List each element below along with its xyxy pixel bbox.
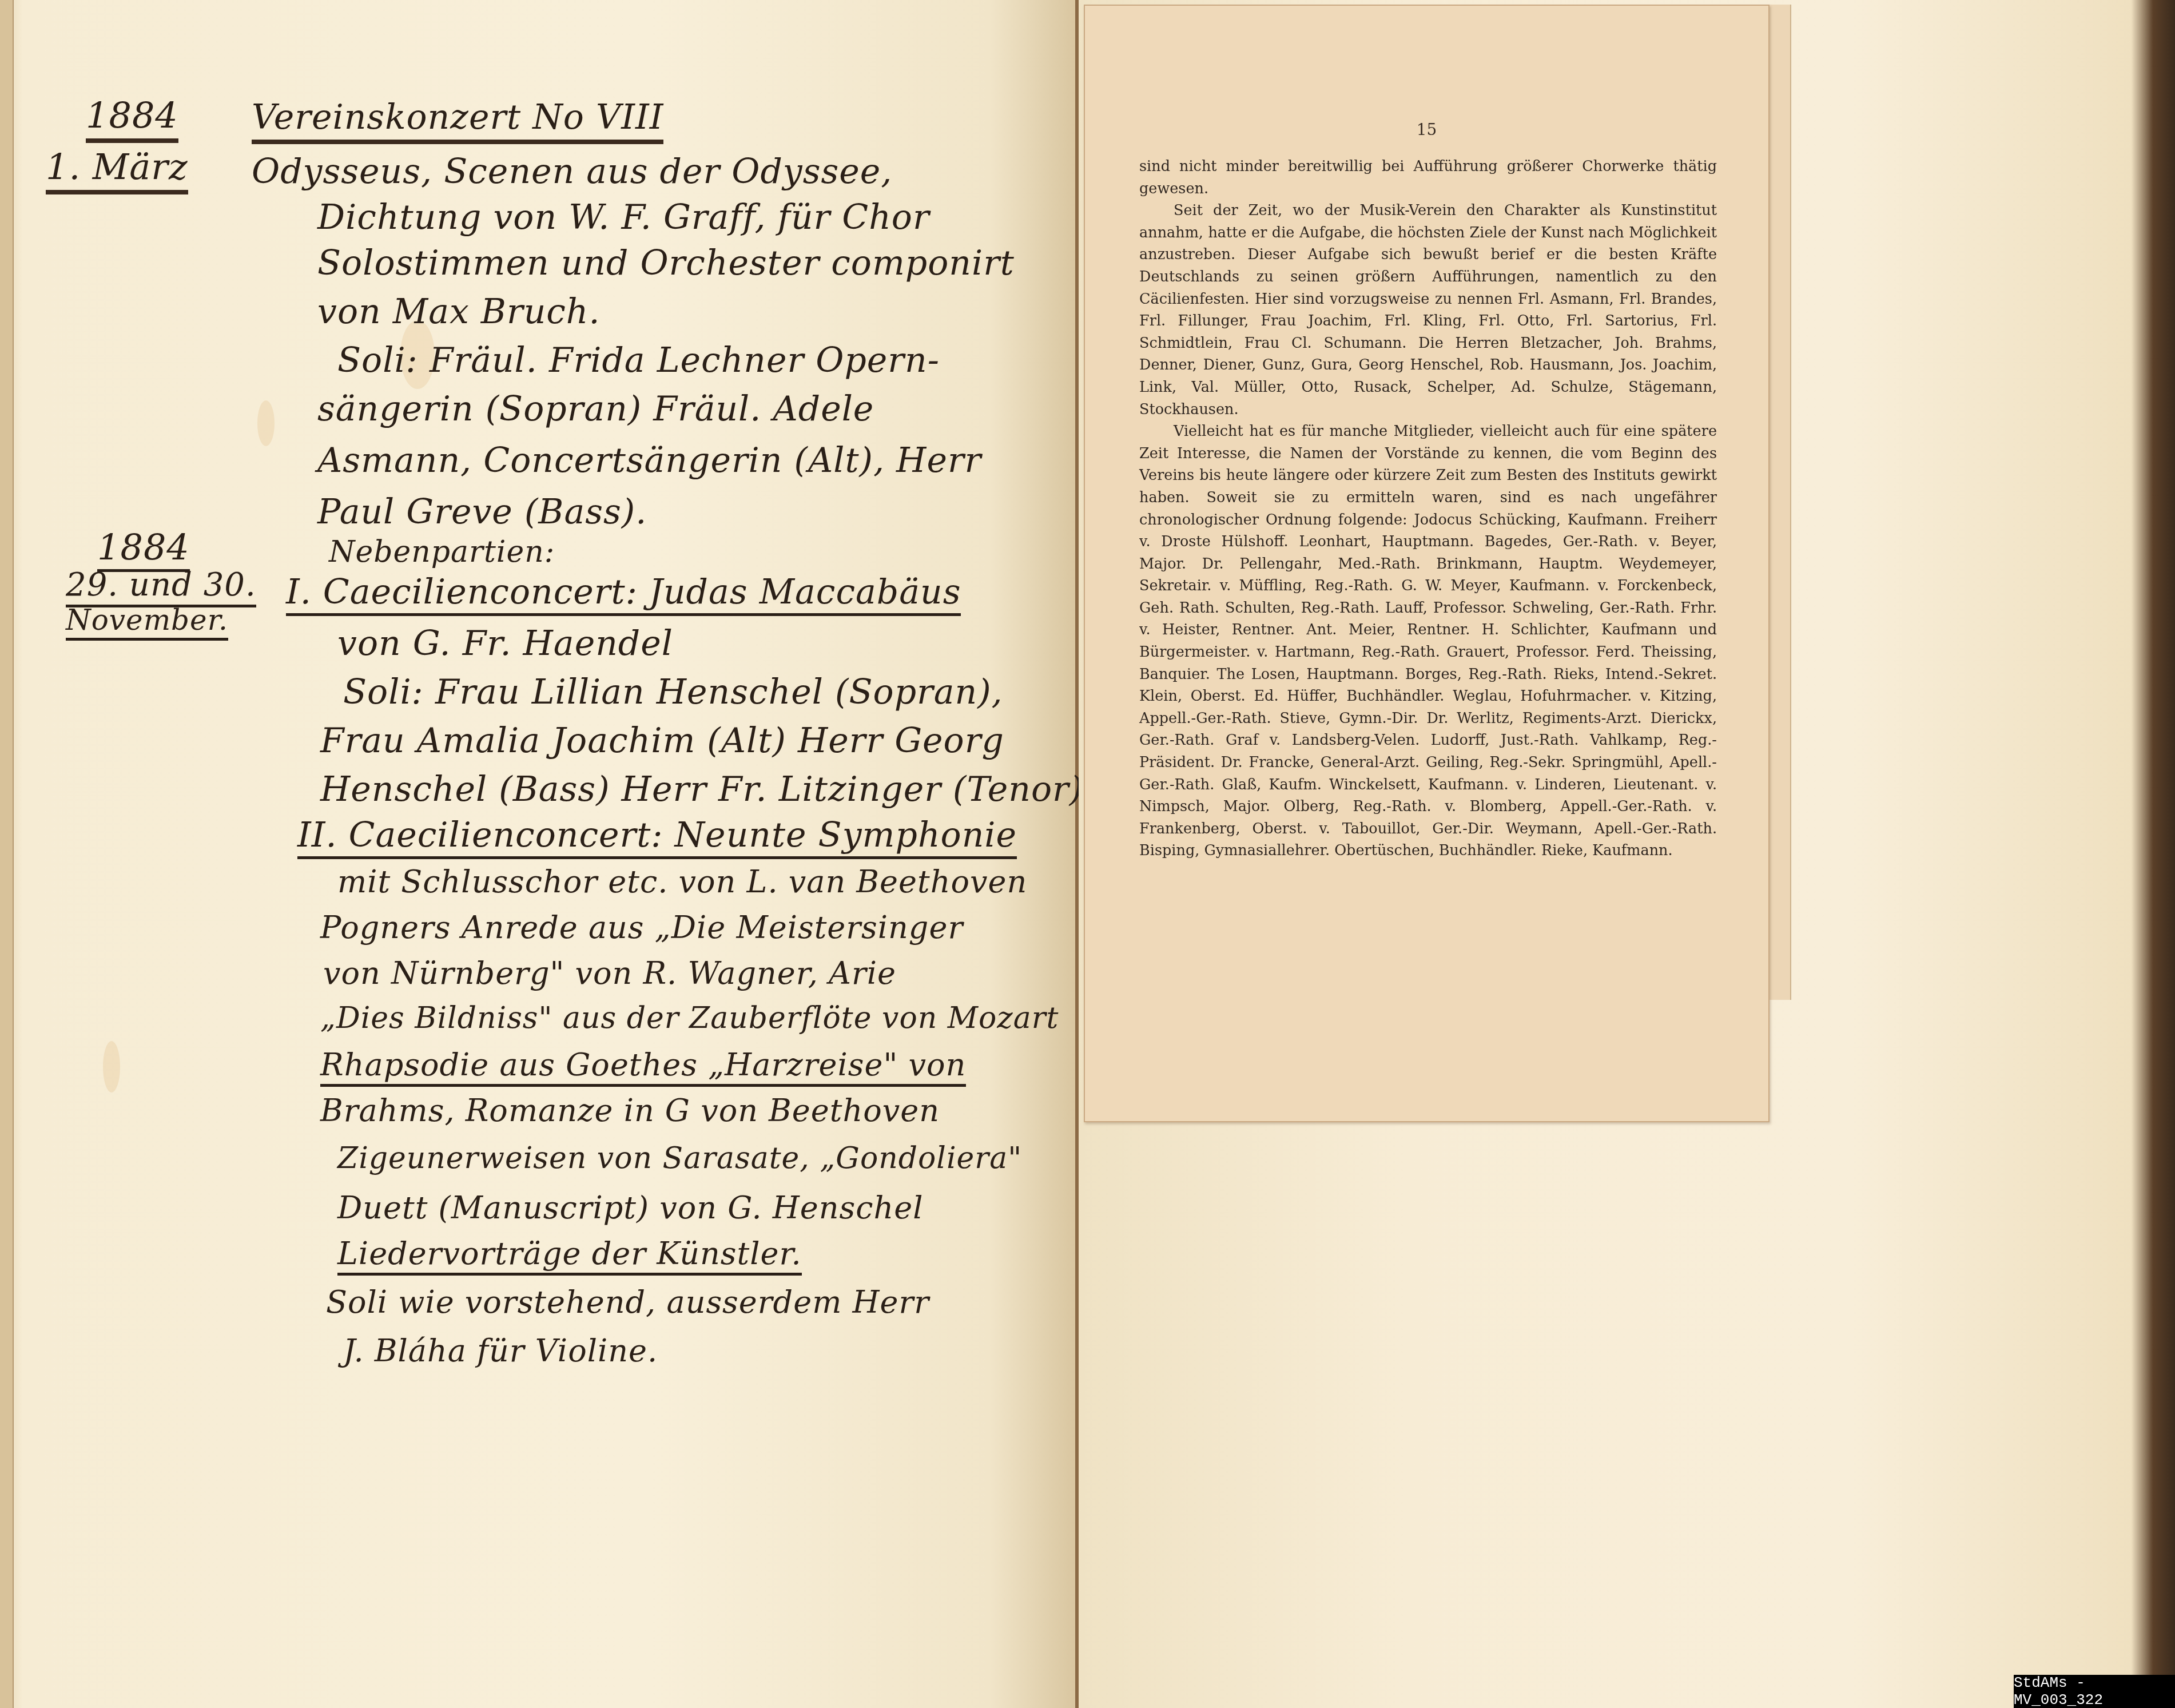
entry-1-date: 1. März [46,146,188,194]
printed-paragraph: Seit der Zeit, wo der Musik-Verein den C… [1139,200,1717,420]
entry-1-line: Asmann, Concertsängerin (Alt), Herr [317,440,981,480]
page-number: 15 [1085,120,1768,139]
entry-2-line: Henschel (Bass) Herr Fr. Litzinger (Teno… [320,769,1083,809]
printed-paragraph: sind nicht minder bereitwillig bei Auffü… [1139,156,1717,200]
entry-2-line: Brahms, Romanze in G von Beethoven [320,1093,940,1129]
entry-2-line: Pogners Anrede aus „Die Meistersinger [320,909,963,946]
entry-1-line: Solostimmen und Orchester componirt [317,243,1015,283]
entry-2-line: Soli: Frau Lillian Henschel (Sopran), [343,672,1003,712]
left-page-handwritten-register: 1884 1. März Vereinskonzert No VIII Odys… [0,0,1079,1708]
entry-2-line: Soli wie vorstehend, ausserdem Herr [326,1284,929,1320]
entry-1-line: Paul Greve (Bass). [317,492,647,532]
entry-1-line: Dichtung von W. F. Graff, für Chor [317,197,930,237]
archive-caption: StdAMs - MV_003_322 [2014,1675,2175,1708]
entry-2-line: Zigeunerweisen von Sarasate, „Gondoliera… [337,1141,1022,1175]
entry-1-line: von Max Bruch. [317,292,601,332]
printed-text-body: sind nicht minder bereitwillig bei Auffü… [1139,156,1717,862]
entry-2-year: 1884 [97,526,190,572]
entry-1-line: sängerin (Sopran) Fräul. Adele [317,389,874,429]
entry-2-line: Duett (Manuscript) von G. Henschel [337,1190,924,1226]
entry-2-line-concert-1: I. Caecilienconcert: Judas Maccabäus [286,572,961,616]
foxing-stain [257,400,275,446]
pasted-printed-page: 15 sind nicht minder bereitwillig bei Au… [1084,5,1770,1122]
entry-2-line: „Dies Bildniss" aus der Zauberflöte von … [320,1001,1059,1035]
entry-1-line: Soli: Fräul. Frida Lechner Opern- [337,340,940,380]
entry-2-date-line1: 29. und 30. [66,566,256,607]
entry-2-line: J. Bláha für Violine. [343,1333,658,1369]
entry-2-line: Frau Amalia Joachim (Alt) Herr Georg [320,721,1004,761]
entry-2-date-line2: November. [66,603,228,641]
entry-1-line: Nebenpartien: [329,535,555,569]
entry-1-line-title: Vereinskonzert No VIII [252,97,663,144]
entry-2-line: Liedervorträge der Künstler. [337,1236,802,1276]
entry-2-line: von G. Fr. Haendel [337,623,673,664]
foxing-stain [103,1041,120,1093]
entry-2-line: mit Schlusschor etc. von L. van Beethove… [337,864,1027,900]
page-edge [0,0,14,1708]
entry-2-line: von Nürnberg" von R. Wagner, Arie [323,955,896,991]
printed-paragraph: Vielleicht hat es für manche Mitglieder,… [1139,420,1717,862]
entry-2-line: Rhapsodie aus Goethes „Harzreise" von [320,1047,966,1087]
entry-1-line: Odysseus, Scenen aus der Odyssee, [252,152,892,192]
entry-2-line-concert-2: II. Caecilienconcert: Neunte Symphonie [297,815,1017,859]
entry-1-year: 1884 [86,94,178,143]
book-spread: 1884 1. März Vereinskonzert No VIII Odys… [0,0,2175,1708]
